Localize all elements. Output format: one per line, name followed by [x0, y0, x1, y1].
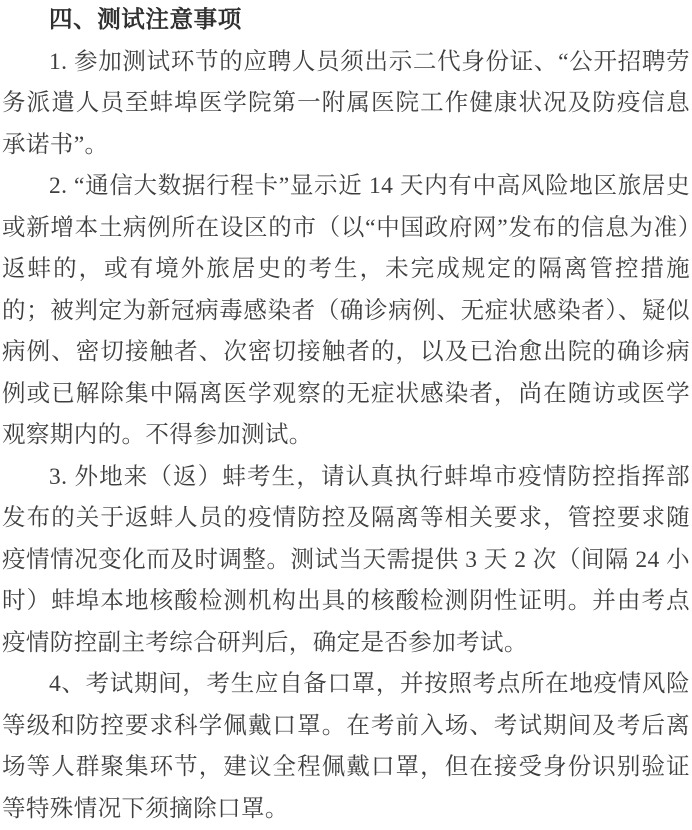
document-page: 四、测试注意事项 1. 参加测试环节的应聘人员须出示二代身份证、“公开招聘劳务派…: [0, 0, 692, 830]
paragraph-out-of-town-candidates: 3. 外地来（返）蚌考生，请认真执行蚌埠市疫情防控指挥部发布的关于返蚌人员的疫情…: [2, 457, 690, 665]
paragraph-travel-card-restrictions: 2. “通信大数据行程卡”显示近 14 天内有中高风险地区旅居史或新增本土病例所…: [2, 166, 690, 457]
section-heading: 四、测试注意事项: [2, 0, 690, 42]
paragraph-id-requirements: 1. 参加测试环节的应聘人员须出示二代身份证、“公开招聘劳务派遣人员至蚌埠医学院…: [2, 42, 690, 167]
paragraph-mask-requirements: 4、考试期间，考生应自备口罩，并按照考点所在地疫情风险等级和防控要求科学佩戴口罩…: [2, 664, 690, 830]
